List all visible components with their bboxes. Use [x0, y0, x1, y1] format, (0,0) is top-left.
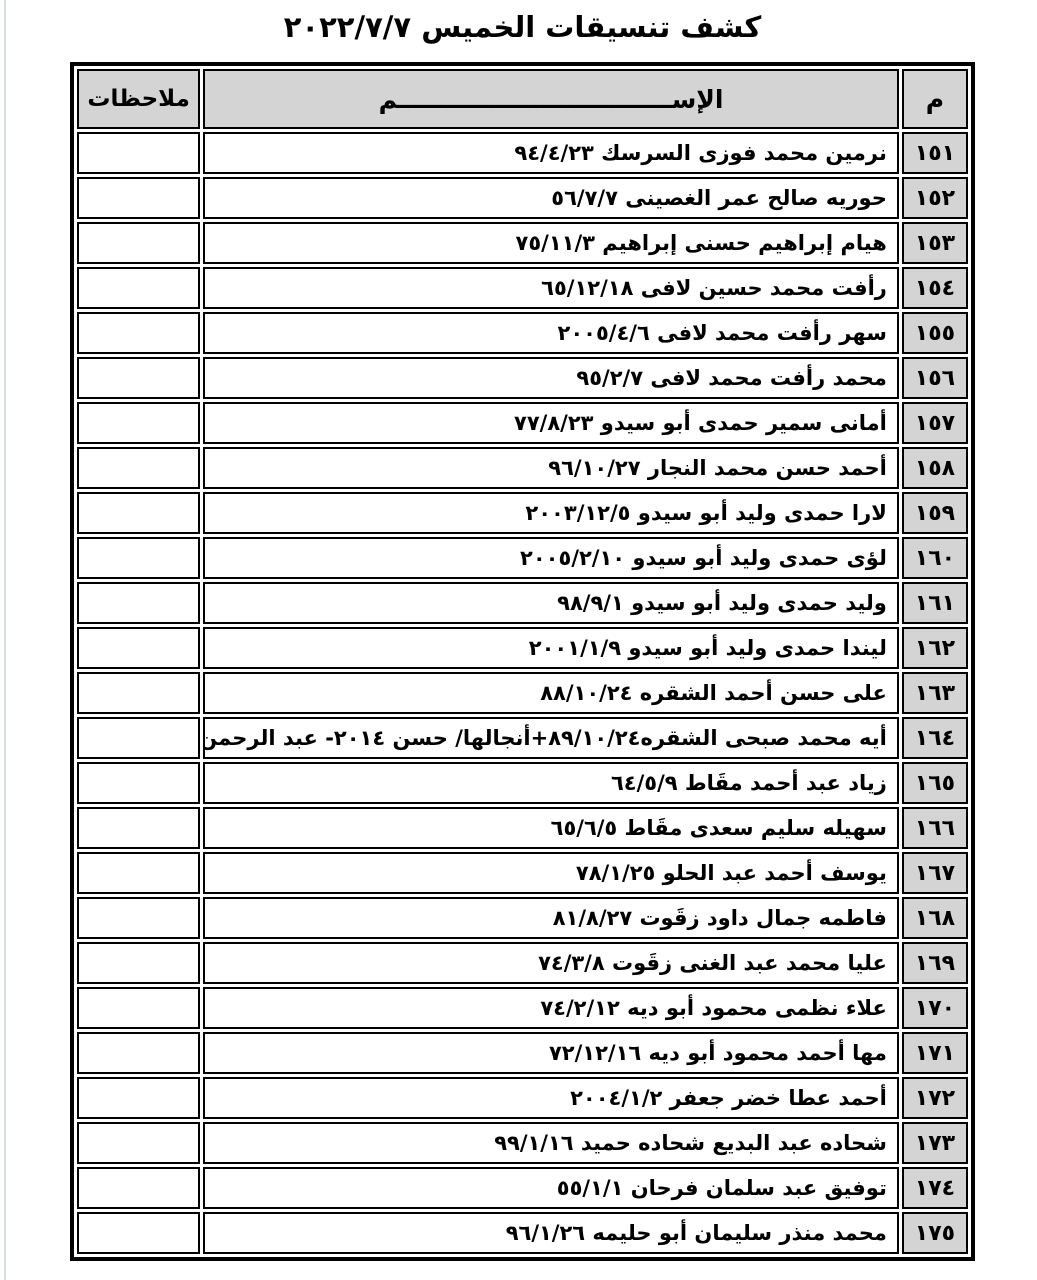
row-number-cell: ١٧٠ — [902, 987, 968, 1029]
table-row: ١٥٨أحمد حسن محمد النجار ٩٦/١٠/٢٧ — [77, 447, 968, 489]
table-row: ١٥٧أمانى سمير حمدى أبو سيدو ٧٧/٨/٢٣ — [77, 402, 968, 444]
row-number-cell: ١٧٢ — [902, 1077, 968, 1119]
row-name-cell: ليندا حمدى وليد أبو سيدو ٢٠٠١/١/٩ — [203, 627, 899, 669]
table-row: ١٥٥سهر رأفت محمد لافى ٢٠٠٥/٤/٦ — [77, 312, 968, 354]
row-number-cell: ١٦٢ — [902, 627, 968, 669]
row-notes-cell — [77, 852, 200, 894]
page-edge-artifact — [4, 0, 6, 1280]
row-number-cell: ١٦١ — [902, 582, 968, 624]
row-number-cell: ١٥٦ — [902, 357, 968, 399]
table-row: ١٦٠لؤى حمدى وليد أبو سيدو ٢٠٠٥/٢/١٠ — [77, 537, 968, 579]
row-number-cell: ١٥٧ — [902, 402, 968, 444]
row-notes-cell — [77, 312, 200, 354]
table-row: ١٥٢حوريه صالح عمر الغصينى ٥٦/٧/٧ — [77, 177, 968, 219]
row-name-cell: توفيق عبد سلمان فرحان ٥٥/١/١ — [203, 1167, 899, 1209]
row-name-cell: مها أحمد محمود أبو ديه ٧٢/١٢/١٦ — [203, 1032, 899, 1074]
table-row: ١٥٦محمد رأفت محمد لافى ٩٥/٢/٧ — [77, 357, 968, 399]
row-number-cell: ١٦٧ — [902, 852, 968, 894]
row-number-cell: ١٧٥ — [902, 1212, 968, 1254]
row-number-cell: ١٦٣ — [902, 672, 968, 714]
row-number-cell: ١٦٠ — [902, 537, 968, 579]
row-notes-cell — [77, 447, 200, 489]
row-name-cell: أمانى سمير حمدى أبو سيدو ٧٧/٨/٢٣ — [203, 402, 899, 444]
document-page: كشف تنسيقات الخميس ٢٠٢٢/٧/٧ م الإســــــ… — [0, 0, 1037, 1280]
table-row: ١٧٢أحمد عطا خضر جعفر ٢٠٠٤/١/٢ — [77, 1077, 968, 1119]
row-notes-cell — [77, 762, 200, 804]
row-notes-cell — [77, 1167, 200, 1209]
table-row: ١٦٥زياد عبد أحمد مقَاط ٦٤/٥/٩ — [77, 762, 968, 804]
row-name-cell: محمد منذر سليمان أبو حليمه ٩٦/١/٢٦ — [203, 1212, 899, 1254]
row-number-cell: ١٥٨ — [902, 447, 968, 489]
table-row: ١٥٤رأفت محمد حسين لافى ٦٥/١٢/١٨ — [77, 267, 968, 309]
row-number-cell: ١٦٤ — [902, 717, 968, 759]
table-row: ١٦٣على حسن أحمد الشقره ٨٨/١٠/٢٤ — [77, 672, 968, 714]
row-notes-cell — [77, 537, 200, 579]
row-name-cell: حوريه صالح عمر الغصينى ٥٦/٧/٧ — [203, 177, 899, 219]
row-number-cell: ١٥١ — [902, 132, 968, 174]
row-number-cell: ١٦٨ — [902, 897, 968, 939]
row-number-cell: ١٧١ — [902, 1032, 968, 1074]
row-name-cell: أيه محمد صبحى الشقره٨٩/١٠/٢٤+أنجالها/ حس… — [203, 717, 899, 759]
row-notes-cell — [77, 1077, 200, 1119]
row-name-cell: شحاده عبد البديع شحاده حميد ٩٩/١/١٦ — [203, 1122, 899, 1164]
row-number-cell: ١٦٩ — [902, 942, 968, 984]
table-row: ١٧٠علاء نظمى محمود أبو ديه ٧٤/٢/١٢ — [77, 987, 968, 1029]
table-row: ١٧٥محمد منذر سليمان أبو حليمه ٩٦/١/٢٦ — [77, 1212, 968, 1254]
table-row: ١٧٣شحاده عبد البديع شحاده حميد ٩٩/١/١٦ — [77, 1122, 968, 1164]
row-name-cell: لؤى حمدى وليد أبو سيدو ٢٠٠٥/٢/١٠ — [203, 537, 899, 579]
row-number-cell: ١٧٣ — [902, 1122, 968, 1164]
table-row: ١٦٩عليا محمد عبد الغنى زقَوت ٧٤/٣/٨ — [77, 942, 968, 984]
row-number-cell: ١٥٣ — [902, 222, 968, 264]
header-name-column: الإســــــــــــــــــــــــــــــــم — [203, 69, 899, 129]
row-number-cell: ١٦٥ — [902, 762, 968, 804]
row-notes-cell — [77, 222, 200, 264]
table-row: ١٦٧يوسف أحمد عبد الحلو ٧٨/١/٢٥ — [77, 852, 968, 894]
row-notes-cell — [77, 1032, 200, 1074]
row-name-cell: محمد رأفت محمد لافى ٩٥/٢/٧ — [203, 357, 899, 399]
row-notes-cell — [77, 627, 200, 669]
row-notes-cell — [77, 132, 200, 174]
row-name-cell: يوسف أحمد عبد الحلو ٧٨/١/٢٥ — [203, 852, 899, 894]
row-name-cell: أحمد حسن محمد النجار ٩٦/١٠/٢٧ — [203, 447, 899, 489]
row-notes-cell — [77, 1122, 200, 1164]
table-header: م الإســــــــــــــــــــــــــــــــم … — [77, 69, 968, 129]
table-row: ١٦١وليد حمدى وليد أبو سيدو ٩٨/٩/١ — [77, 582, 968, 624]
row-notes-cell — [77, 357, 200, 399]
row-notes-cell — [77, 492, 200, 534]
row-notes-cell — [77, 897, 200, 939]
row-name-cell: لارا حمدى وليد أبو سيدو ٢٠٠٣/١٢/٥ — [203, 492, 899, 534]
row-notes-cell — [77, 987, 200, 1029]
header-number-column: م — [902, 69, 968, 129]
row-notes-cell — [77, 942, 200, 984]
row-name-cell: سهيله سليم سعدى مقَاط ٦٥/٦/٥ — [203, 807, 899, 849]
row-name-cell: أحمد عطا خضر جعفر ٢٠٠٤/١/٢ — [203, 1077, 899, 1119]
row-number-cell: ١٥٩ — [902, 492, 968, 534]
row-notes-cell — [77, 177, 200, 219]
row-name-cell: علاء نظمى محمود أبو ديه ٧٤/٢/١٢ — [203, 987, 899, 1029]
table-row: ١٧١مها أحمد محمود أبو ديه ٧٢/١٢/١٦ — [77, 1032, 968, 1074]
row-number-cell: ١٧٤ — [902, 1167, 968, 1209]
row-notes-cell — [77, 582, 200, 624]
row-number-cell: ١٥٢ — [902, 177, 968, 219]
row-name-cell: فاطمه جمال داود زقَوت ٨١/٨/٢٧ — [203, 897, 899, 939]
row-name-cell: عليا محمد عبد الغنى زقَوت ٧٤/٣/٨ — [203, 942, 899, 984]
table-row: ١٦٢ليندا حمدى وليد أبو سيدو ٢٠٠١/١/٩ — [77, 627, 968, 669]
table-body: ١٥١نرمين محمد فوزى السرسك ٩٤/٤/٢٣١٥٢حوري… — [77, 132, 968, 1254]
row-number-cell: ١٥٥ — [902, 312, 968, 354]
table-row: ١٥٩لارا حمدى وليد أبو سيدو ٢٠٠٣/١٢/٥ — [77, 492, 968, 534]
header-row: م الإســــــــــــــــــــــــــــــــم … — [77, 69, 968, 129]
page-title: كشف تنسيقات الخميس ٢٠٢٢/٧/٧ — [70, 10, 975, 44]
table-row: ١٦٤أيه محمد صبحى الشقره٨٩/١٠/٢٤+أنجالها/… — [77, 717, 968, 759]
row-name-cell: زياد عبد أحمد مقَاط ٦٤/٥/٩ — [203, 762, 899, 804]
row-notes-cell — [77, 672, 200, 714]
table-row: ١٦٨فاطمه جمال داود زقَوت ٨١/٨/٢٧ — [77, 897, 968, 939]
row-number-cell: ١٦٦ — [902, 807, 968, 849]
coordination-roster-table: م الإســــــــــــــــــــــــــــــــم … — [70, 62, 975, 1261]
row-name-cell: سهر رأفت محمد لافى ٢٠٠٥/٤/٦ — [203, 312, 899, 354]
row-name-cell: نرمين محمد فوزى السرسك ٩٤/٤/٢٣ — [203, 132, 899, 174]
row-name-cell: هيام إبراهيم حسنى إبراهيم ٧٥/١١/٣ — [203, 222, 899, 264]
table-row: ١٥٣هيام إبراهيم حسنى إبراهيم ٧٥/١١/٣ — [77, 222, 968, 264]
table-row: ١٧٤توفيق عبد سلمان فرحان ٥٥/١/١ — [77, 1167, 968, 1209]
row-notes-cell — [77, 717, 200, 759]
row-notes-cell — [77, 402, 200, 444]
row-name-cell: رأفت محمد حسين لافى ٦٥/١٢/١٨ — [203, 267, 899, 309]
row-notes-cell — [77, 807, 200, 849]
header-notes-column: ملاحظات — [77, 69, 200, 129]
row-notes-cell — [77, 1212, 200, 1254]
table-row: ١٦٦سهيله سليم سعدى مقَاط ٦٥/٦/٥ — [77, 807, 968, 849]
row-name-cell: على حسن أحمد الشقره ٨٨/١٠/٢٤ — [203, 672, 899, 714]
row-notes-cell — [77, 267, 200, 309]
row-number-cell: ١٥٤ — [902, 267, 968, 309]
row-name-cell: وليد حمدى وليد أبو سيدو ٩٨/٩/١ — [203, 582, 899, 624]
table-row: ١٥١نرمين محمد فوزى السرسك ٩٤/٤/٢٣ — [77, 132, 968, 174]
